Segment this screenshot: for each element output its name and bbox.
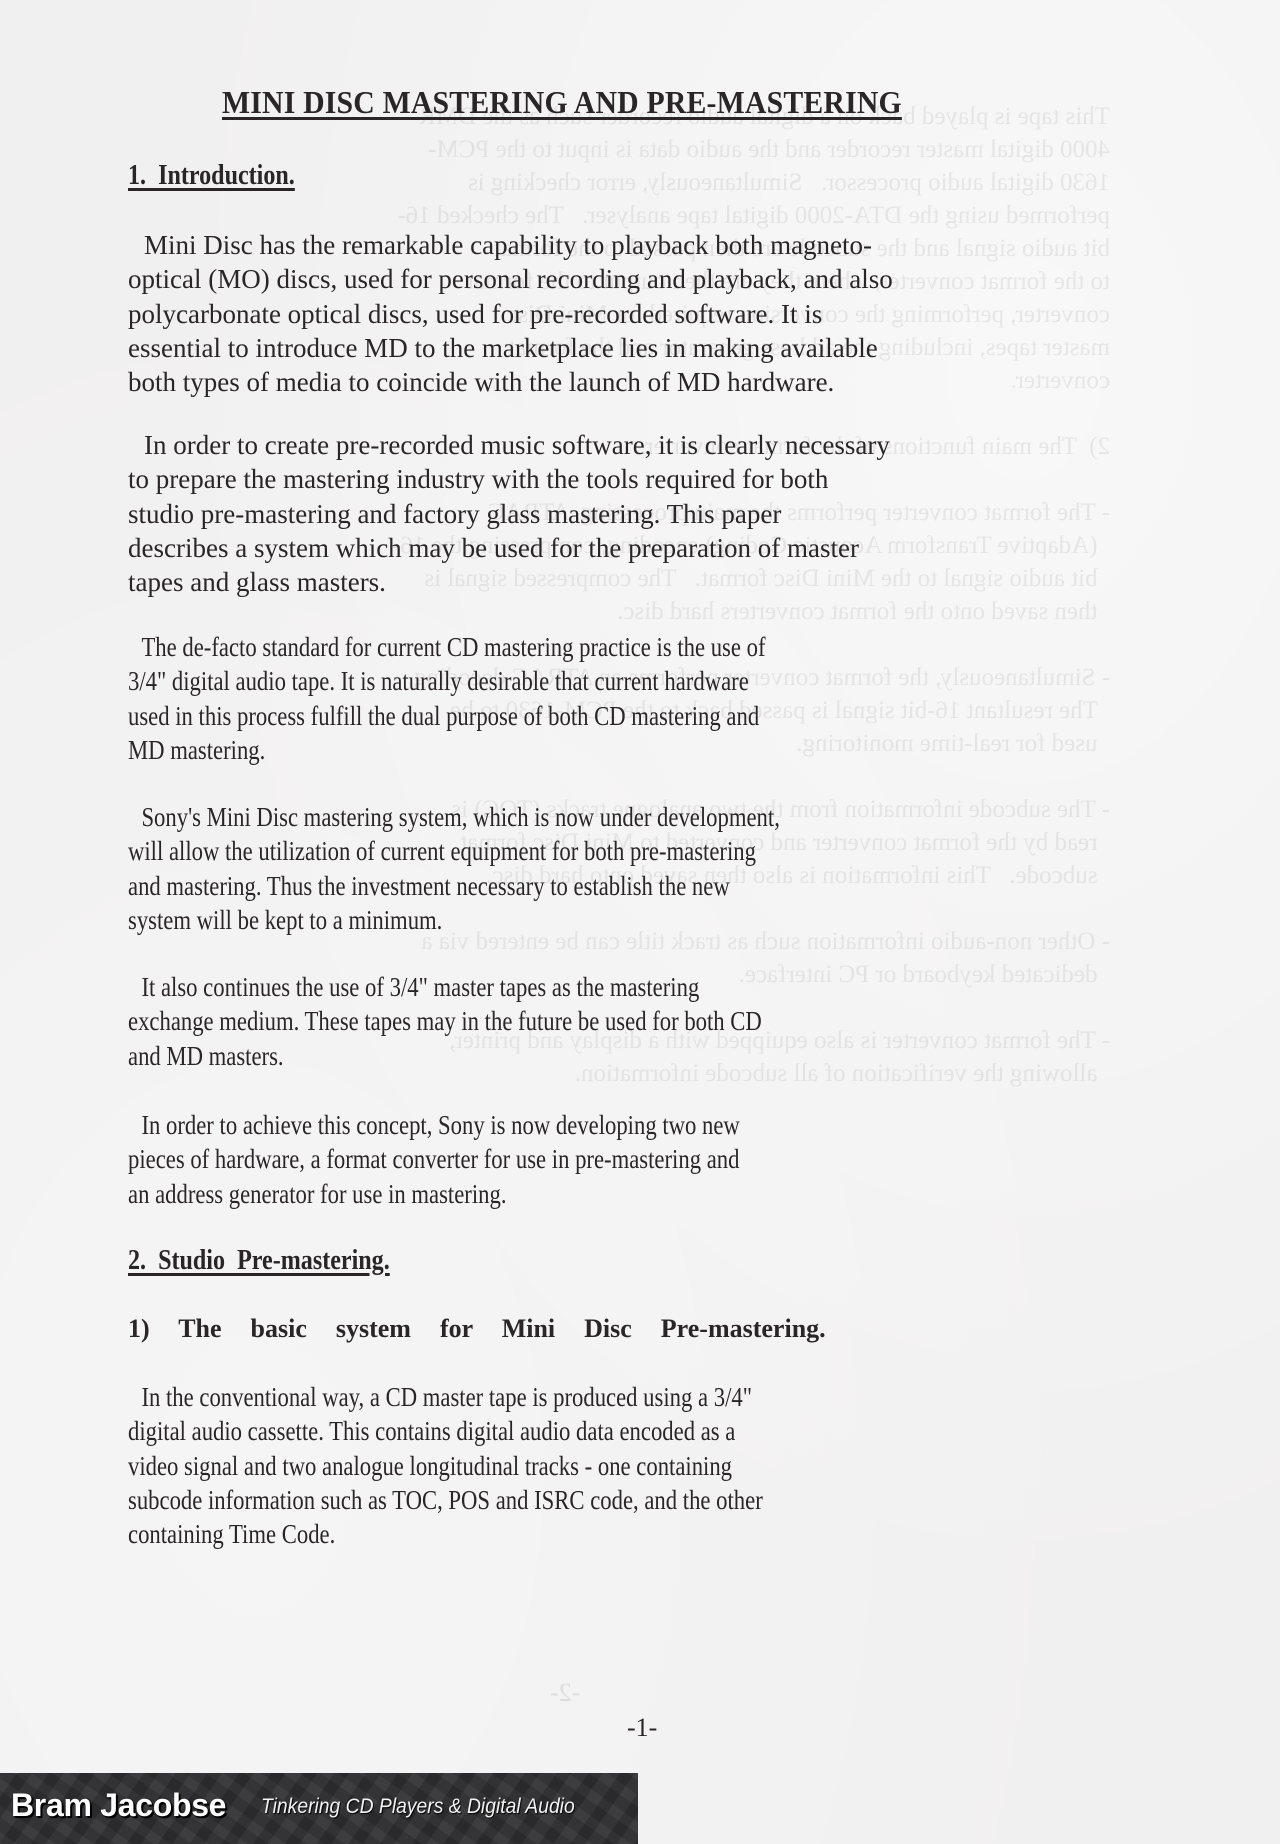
paragraph-line: an address generator for use in masterin… (128, 1177, 740, 1211)
paragraph: In order to achieve this concept, Sony i… (128, 1108, 856, 1211)
paragraph-line: describes a system which may be used for… (128, 531, 890, 565)
paragraph-line: will allow the utilization of current eq… (128, 834, 780, 868)
paragraph-line: optical (MO) discs, used for personal re… (128, 262, 893, 296)
paragraph-line: and mastering. Thus the investment neces… (128, 869, 780, 903)
paragraph-line: In order to achieve this concept, Sony i… (128, 1108, 740, 1142)
paragraph: It also continues the use of 3/4" master… (128, 970, 883, 1073)
paragraph-line: used in this process fulfill the dual pu… (128, 699, 766, 733)
paragraph-line: The de-facto standard for current CD mas… (128, 630, 766, 664)
paragraph-line: polycarbonate optical discs, used for pr… (128, 297, 893, 331)
subsection-heading-basic-system: 1) The basic system for Mini Disc Pre-ma… (128, 1314, 826, 1344)
paragraph-line: subcode information such as TOC, POS and… (128, 1483, 763, 1517)
paragraph-line: and MD masters. (128, 1039, 762, 1073)
paragraph-line: video signal and two analogue longitudin… (128, 1449, 763, 1483)
paragraph-line: Sony's Mini Disc mastering system, which… (128, 800, 780, 834)
footer-banner: Bram Jacobse Tinkering CD Players & Digi… (0, 1773, 638, 1844)
page-number: -1- (627, 1713, 657, 1743)
paragraph-line: MD mastering. (128, 733, 766, 767)
paragraph-line: system will be kept to a minimum. (128, 903, 780, 937)
banner-author-name: Bram Jacobse (11, 1787, 226, 1824)
paragraph-line: both types of media to coincide with the… (128, 365, 893, 399)
paragraph-line: Mini Disc has the remarkable capability … (128, 228, 893, 262)
section-heading-introduction: 1. Introduction. (128, 160, 295, 192)
paragraph-line: pieces of hardware, a format converter f… (128, 1142, 740, 1176)
paragraph: Sony's Mini Disc mastering system, which… (128, 800, 904, 937)
paragraph-line: In the conventional way, a CD master tap… (128, 1380, 763, 1414)
paragraph-line: to prepare the mastering industry with t… (128, 462, 890, 496)
paragraph-line: essential to introduce MD to the marketp… (128, 331, 893, 365)
paragraph-line: 3/4" digital audio tape. It is naturally… (128, 664, 766, 698)
document-page: This tape is played back on a digital au… (0, 0, 1280, 1844)
paragraph-line: It also continues the use of 3/4" master… (128, 970, 762, 1004)
paragraph-line: In order to create pre-recorded music so… (128, 428, 890, 462)
paragraph-line: tapes and glass masters. (128, 565, 890, 599)
banner-tagline: Tinkering CD Players & Digital Audio (261, 1795, 575, 1819)
paragraph-line: studio pre-mastering and factory glass m… (128, 497, 890, 531)
paragraph-line: digital audio cassette. This contains di… (128, 1414, 763, 1448)
paragraph: The de-facto standard for current CD mas… (128, 630, 887, 767)
paragraph-line: containing Time Code. (128, 1517, 763, 1551)
document-title: MINI DISC MASTERING AND PRE-MASTERING (222, 84, 902, 121)
section-heading-studio-pre-mastering: 2. Studio Pre-mastering. (128, 1245, 390, 1277)
bleed-through-page-number: -2- (550, 1678, 580, 1708)
paragraph-line: exchange medium. These tapes may in the … (128, 1004, 762, 1038)
paragraph: In the conventional way, a CD master tap… (128, 1380, 884, 1551)
paragraph: Mini Disc has the remarkable capability … (128, 228, 893, 399)
paragraph: In order to create pre-recorded music so… (128, 428, 890, 599)
